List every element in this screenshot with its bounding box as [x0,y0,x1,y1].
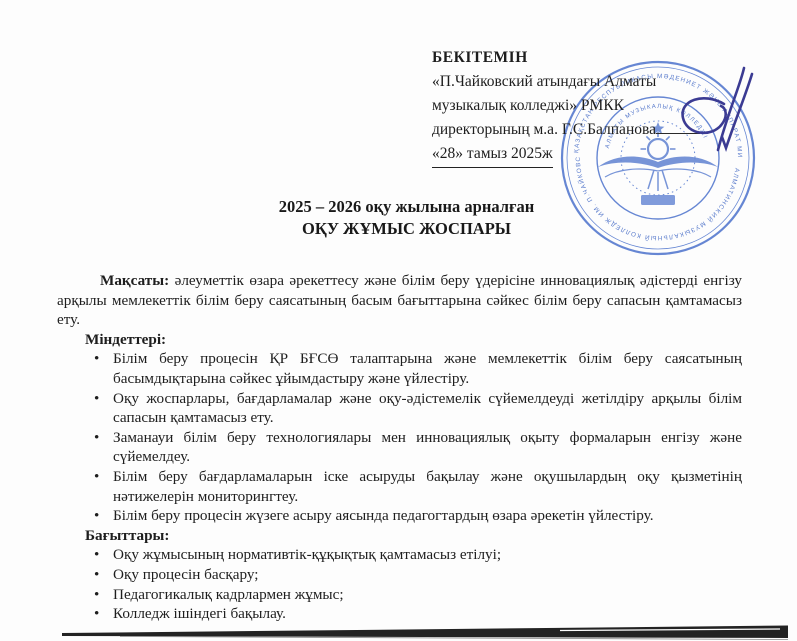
objective-text: Оқу жоспарлары, бағдарламалар және оқу-ә… [113,390,742,427]
directions-label: Бағыттары: [57,526,742,546]
director-name: директорының м.а. Г.С.Балпанова [432,121,656,138]
direction-text: Оқу процесін басқару; [113,566,259,583]
list-item: •Оқу жоспарлары, бағдарламалар және оқу-… [57,389,742,428]
objective-text: Заманауи білім беру технологиялары мен и… [113,429,742,466]
list-item: •Білім беру процесін жүзеге асыру аясынд… [57,506,742,526]
document-title: 2025 – 2026 оқу жылына арналған ОҚУ ЖҰМЫ… [8,196,797,240]
document-page: ҚАЗАҚСТАН РЕСПУБЛИКАСЫ МӘДЕНИЕТ ЖӘНЕ АҚП… [0,0,797,641]
direction-text: Колледж ішіндегі бақылау. [113,605,286,622]
goal-label: Мақсаты: [100,272,169,289]
bullet-icon: • [94,506,99,526]
list-item: •Оқу процесін басқару; [57,565,742,585]
list-item: •Заманауи білім беру технологиялары мен … [57,428,742,467]
approval-date: «28» тамыз 2025ж [432,142,553,168]
bullet-icon: • [94,604,99,624]
bullet-icon: • [94,585,99,605]
list-item: •Педагогикалық кадрлармен жұмыс; [57,585,742,605]
goal-paragraph: Мақсаты: әлеуметтік өзара әрекеттесу жән… [57,271,742,330]
bullet-icon: • [94,428,99,448]
title-line2: ОҚУ ЖҰМЫС ЖОСПАРЫ [8,218,797,240]
objectives-label: Міндеттері: [57,330,742,350]
document-body: Мақсаты: әлеуметтік өзара әрекеттесу жән… [57,271,742,624]
list-item: •Білім беру бағдарламаларын іске асыруды… [57,467,742,506]
director-signature [666,64,762,156]
bullet-icon: • [94,565,99,585]
bullet-icon: • [94,349,99,369]
bullet-icon: • [94,545,99,565]
list-item: •Білім беру процесін ҚР БҒСӨ талаптарына… [57,349,742,388]
bullet-icon: • [94,389,99,409]
direction-text: Оқу жұмысының нормативтік-құқықтық қамта… [113,546,501,563]
objective-text: Білім беру процесін ҚР БҒСӨ талаптарына … [113,350,742,387]
objective-text: Білім беру процесін жүзеге асыру аясында… [113,507,654,524]
directions-list: •Оқу жұмысының нормативтік-құқықтық қамт… [57,545,742,623]
objectives-list: •Білім беру процесін ҚР БҒСӨ талаптарына… [57,349,742,525]
list-item: •Колледж ішіндегі бақылау. [57,604,742,624]
bullet-icon: • [94,467,99,487]
direction-text: Педагогикалық кадрлармен жұмыс; [113,586,344,603]
objective-text: Білім беру бағдарламаларын іске асыруды … [113,468,742,505]
title-line1: 2025 – 2026 оқу жылына арналған [8,196,797,218]
list-item: •Оқу жұмысының нормативтік-құқықтық қамт… [57,545,742,565]
